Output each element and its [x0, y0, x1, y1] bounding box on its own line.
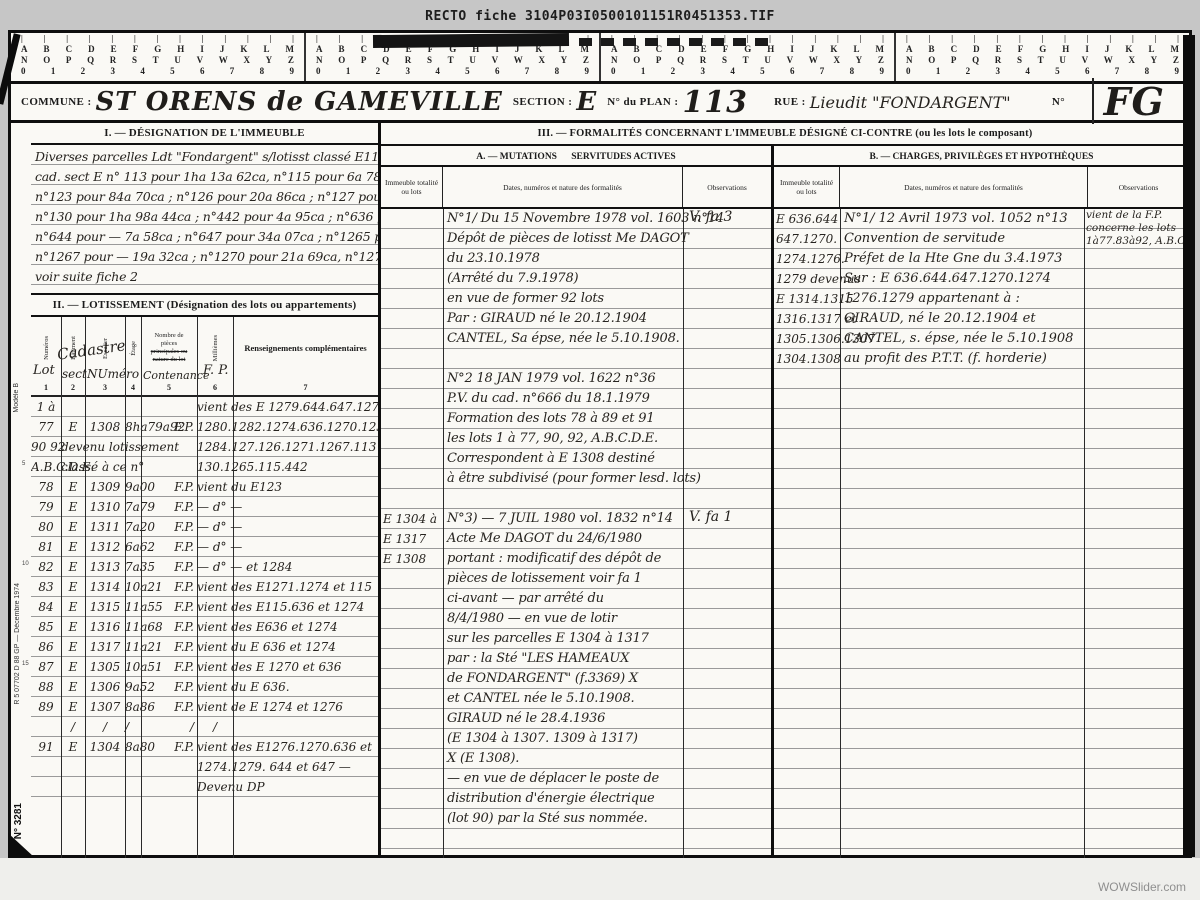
table-cell: vient des E1276.1270.636 et: [197, 737, 233, 757]
charges-title: B. — CHARGES, PRIVILÈGES ET HYPOTHÈQUES: [774, 146, 1189, 165]
table-cell: vient de E 1274 et 1276: [197, 697, 233, 717]
index-char: W: [219, 55, 228, 66]
mutation-entry: N°3) — 7 JUIL 1980 vol. 1832 n°14Acte Me…: [447, 509, 724, 829]
index-char: 0: [21, 66, 26, 77]
mutation-line: P.V. du cad. n°666 du 18.1.1979: [447, 389, 724, 409]
index-char: J: [1105, 44, 1110, 55]
table-cell: 1304: [85, 737, 125, 757]
index-char-row: ABCDEFGHIJKLM: [906, 44, 1179, 55]
table-cell: — d° —: [197, 497, 233, 517]
index-char: M: [875, 44, 884, 55]
table-cell: F.P.: [141, 637, 197, 657]
table-cell: [85, 437, 125, 457]
mutation-line: du 23.10.1978: [447, 249, 724, 269]
table-cell: 1309: [85, 477, 125, 497]
index-char: 4: [435, 66, 440, 77]
index-char-row: 0123456789: [906, 66, 1179, 77]
table-cell: 1305: [85, 657, 125, 677]
index-char: K: [830, 44, 837, 55]
designation-line: n°1267 pour — 19a 32ca ; n°1270 pour 21a…: [35, 247, 374, 267]
left-margin: Modèle B R 5 07702 D 88 GP — Décembre 19…: [11, 123, 31, 862]
handwritten-header-col1: Lot: [33, 363, 55, 378]
mutation-line: pièces de lotissement voir fa 1: [447, 569, 724, 589]
tick-mark: |: [1064, 34, 1066, 44]
index-char: V: [1082, 55, 1089, 66]
table-cell: vient du E 636 et 1274: [197, 637, 233, 657]
table-cell: 81: [31, 537, 61, 557]
mutation-line: N°2 18 JAN 1979 vol. 1622 n°36: [447, 369, 724, 389]
table-cell: E: [61, 537, 85, 557]
tick-mark: |: [792, 34, 794, 44]
table-cell: 1306: [85, 677, 125, 697]
column5-line: principales ou: [151, 348, 188, 356]
index-char-row: 0123456789: [316, 66, 589, 77]
table-cell: 9a00: [125, 477, 141, 497]
handwritten-header-col6: F. P.: [203, 363, 229, 378]
index-char: B: [929, 44, 935, 55]
index-char: D: [973, 44, 980, 55]
table-cell: [31, 757, 61, 777]
lotissement-header: Numéros1Bâtiment2Escalier3Étage4Nombre d…: [31, 317, 378, 397]
table-cell: 84: [31, 597, 61, 617]
designation-line: Diverses parcelles Ldt "Fondargent" s/lo…: [35, 147, 374, 167]
table-cell: [141, 777, 197, 797]
mutation-line: N°3) — 7 JUIL 1980 vol. 1832 n°14: [447, 509, 724, 529]
mutation-line: à être subdivisé (pour former lesd. lots…: [447, 469, 724, 489]
formalites-column-header: Immeuble totalité ou lots: [774, 167, 840, 207]
tick-mark: |: [951, 34, 953, 44]
charges-observation-line: concerne les lots: [1086, 222, 1189, 235]
index-char: U: [764, 55, 771, 66]
handwritten-header-col2: sect: [62, 367, 87, 381]
plan-label: N° du PLAN :: [607, 96, 678, 108]
table-cell: F.P.: [141, 537, 197, 557]
column-divider: [61, 317, 62, 862]
table-row: 85E131611a68F.P.vient des E636 et 1274: [31, 617, 378, 637]
designation-text: Diverses parcelles Ldt "Fondargent" s/lo…: [31, 145, 378, 293]
index-char: P: [951, 55, 957, 66]
index-char: 9: [289, 66, 294, 77]
section-label: SECTION :: [513, 96, 573, 108]
table-cell: 8ha79a92: [125, 417, 141, 437]
table-cell: 1311: [85, 517, 125, 537]
index-char: H: [1062, 44, 1069, 55]
section1-title: I. — DÉSIGNATION DE L'IMMEUBLE: [31, 123, 378, 145]
mutations-entries: N°1/ Du 15 Novembre 1978 vol. 1603 n°14D…: [447, 209, 724, 849]
column5-line: nature du lot: [151, 356, 188, 364]
charges-formalites-line: GIRAUD, né le 20.12.1904 et: [844, 309, 1073, 329]
charges-formalites-line: N°1/ 12 Avril 1973 vol. 1052 n°13: [844, 209, 1073, 229]
tick-mark: |: [1155, 34, 1157, 44]
mutation-entry: N°1/ Du 15 Novembre 1978 vol. 1603 n°14D…: [447, 209, 724, 349]
table-cell: 10a51: [125, 657, 141, 677]
index-char: T: [153, 55, 159, 66]
table-cell: [61, 777, 85, 797]
tick-mark: |: [270, 34, 272, 44]
table-row: 86E131711a21F.P.vient du E 636 et 1274: [31, 637, 378, 657]
index-char: 7: [820, 66, 825, 77]
mutation-entry: N°2 18 JAN 1979 vol. 1622 n°36P.V. du ca…: [447, 369, 724, 489]
table-cell: 7a20: [125, 517, 141, 537]
tick-mark: |: [906, 34, 908, 44]
table-cell: E: [61, 697, 85, 717]
table-cell: 1274.1279. 644 et 647 —: [197, 757, 233, 777]
index-char: W: [1104, 55, 1113, 66]
index-char: A: [21, 44, 28, 55]
column-number: 4: [125, 379, 141, 395]
table-cell: E: [61, 597, 85, 617]
handwritten-header-col5: Contenance: [143, 369, 209, 382]
table-cell: E: [61, 557, 85, 577]
column5-printed-lines: Nombre depiècesprincipales ounature du l…: [151, 332, 188, 364]
index-char: N: [316, 55, 323, 66]
sheet-number: N° 3281: [13, 803, 24, 839]
table-cell: 83: [31, 577, 61, 597]
mutation-line: Par : GIRAUD né le 20.12.1904: [447, 309, 724, 329]
table-cell: vient des E1271.1274 et 115: [197, 577, 233, 597]
table-cell: [31, 717, 61, 737]
index-char: R: [995, 55, 1002, 66]
table-row: 84E131511a55F.P.vient des E115.636 et 12…: [31, 597, 378, 617]
table-cell: [61, 397, 85, 417]
table-cell: 8a80: [125, 737, 141, 757]
table-cell: devenu lotissement: [61, 437, 85, 457]
index-char: S: [722, 55, 727, 66]
index-char: R: [700, 55, 707, 66]
table-cell: [125, 397, 141, 417]
index-char: Z: [1173, 55, 1179, 66]
index-char: 8: [850, 66, 855, 77]
charges-formalites: N°1/ 12 Avril 1973 vol. 1052 n°13Convent…: [844, 209, 1073, 369]
index-char: 8: [1145, 66, 1150, 77]
index-char: 9: [879, 66, 884, 77]
table-cell: E: [61, 617, 85, 637]
index-char: K: [240, 44, 247, 55]
column-number: 3: [85, 379, 125, 395]
index-char: 6: [1085, 66, 1090, 77]
charges-observations: vient de la F.P.concerne les lots1à77.83…: [1086, 209, 1189, 248]
table-cell: [85, 757, 125, 777]
section3-title: III. — FORMALITÉS CONCERNANT L'IMMEUBLE …: [381, 123, 1189, 146]
index-char: S: [132, 55, 137, 66]
printed-column-label: Millièmes: [212, 335, 219, 361]
column-divider: [141, 317, 142, 862]
index-char: U: [1059, 55, 1066, 66]
tick-mark: |: [361, 34, 363, 44]
index-char: 2: [376, 66, 381, 77]
column-divider: [233, 317, 234, 862]
tick-mark: |: [929, 34, 931, 44]
mutations-body: N°1/ Du 15 Novembre 1978 vol. 1603 n°14D…: [381, 209, 771, 862]
table-cell: [141, 457, 197, 477]
column-divider: [197, 317, 198, 862]
table-cell: vient des E 1270 et 636: [197, 657, 233, 677]
tick-mark: |: [44, 34, 46, 44]
table-row: A.B.C.D.E.classé à ce n°130.1265.115.442: [31, 457, 378, 477]
index-char: 9: [584, 66, 589, 77]
index-char-row: NOPQRSTUVWXYZ: [21, 55, 294, 66]
index-char: Q: [87, 55, 94, 66]
index-char: 1: [936, 66, 941, 77]
table-cell: F.P.: [141, 417, 197, 437]
index-char: 4: [1025, 66, 1030, 77]
scan-filename: RECTO fiche 3104P03I0500101151R0451353.T…: [0, 9, 1200, 24]
table-cell: E: [61, 497, 85, 517]
watermark: WOWSlider.com: [1098, 880, 1186, 894]
index-tick-row: |||||||||||||: [21, 34, 294, 44]
index-char: I: [200, 44, 204, 55]
title-bar: COMMUNE : ST ORENS de GAMEVILLE SECTION …: [11, 84, 1189, 123]
index-char: 7: [230, 66, 235, 77]
index-char-row: NOPQRSTUVWXYZ: [316, 55, 589, 66]
numero-label: N°: [1052, 96, 1065, 108]
index-char-row: ABCDEFGHIJKLM: [21, 44, 294, 55]
index-char: G: [1039, 44, 1046, 55]
index-char: L: [1148, 44, 1154, 55]
table-cell: 1312: [85, 537, 125, 557]
index-char: F: [133, 44, 139, 55]
table-cell: [61, 757, 85, 777]
designation-line: voir suite fiche 2: [35, 267, 374, 287]
table-cell: 80: [31, 517, 61, 537]
formalites-column-header: Dates, numéros et nature des formalités: [840, 167, 1088, 207]
table-row: 81E13126a62F.P.— d° —: [31, 537, 378, 557]
tick-mark: |: [66, 34, 68, 44]
printed-column-header: Renseignements complémentaires: [233, 317, 378, 379]
index-char: 5: [760, 66, 765, 77]
index-char: T: [448, 55, 454, 66]
tick-mark: |: [1042, 34, 1044, 44]
index-char: 8: [555, 66, 560, 77]
index-char: 9: [1174, 66, 1179, 77]
index-char: O: [43, 55, 50, 66]
index-char: 3: [995, 66, 1000, 77]
index-char: I: [790, 44, 794, 55]
table-row: 89E13078a86F.P.vient de E 1274 et 1276: [31, 697, 378, 717]
index-char: S: [1017, 55, 1022, 66]
table-cell: 90 92: [31, 437, 61, 457]
column-divider: [1084, 209, 1085, 862]
index-char: B: [339, 44, 345, 55]
index-char: O: [338, 55, 345, 66]
mutation-line: (lot 90) par la Sté sus nommée.: [447, 809, 724, 829]
table-cell: 8a86: [125, 697, 141, 717]
index-char: 7: [525, 66, 530, 77]
formalites-column-header: Observations: [683, 167, 771, 207]
table-cell: — d° —: [197, 517, 233, 537]
tick-mark: |: [21, 34, 23, 44]
table-row: 87E130510a51F.P.vient des E 1270 et 636: [31, 657, 378, 677]
index-char: P: [66, 55, 72, 66]
mutation-line: par : la Sté "LES HAMEAUX: [447, 649, 724, 669]
table-row: 88E13069a52F.P.vient du E 636.: [31, 677, 378, 697]
mutation-line: 8/4/1980 — en vue de lotir: [447, 609, 724, 629]
printed-column-label: Numéros: [43, 336, 50, 360]
ink-smudge: [579, 38, 775, 46]
scan-edge-bar: [1183, 35, 1195, 857]
mutation-line: (E 1304 à 1307. 1309 à 1317): [447, 729, 724, 749]
index-char: 4: [730, 66, 735, 77]
index-char: E: [111, 44, 117, 55]
index-char: 5: [170, 66, 175, 77]
mutation-line: et CANTEL née le 5.10.1908.: [447, 689, 724, 709]
formalites-column-header: Dates, numéros et nature des formalités: [443, 167, 683, 207]
tick-mark: |: [111, 34, 113, 44]
table-row: 83E131410a21F.P.vient des E1271.1274 et …: [31, 577, 378, 597]
table-cell: 7a35: [125, 557, 141, 577]
index-char: V: [492, 55, 499, 66]
index-char: U: [174, 55, 181, 66]
table-cell: [85, 777, 125, 797]
designation-line: n°130 pour 1ha 98a 44ca ; n°442 pour 4a …: [35, 207, 374, 227]
table-cell: 11a68: [125, 617, 141, 637]
tick-mark: |: [292, 34, 294, 44]
table-cell: 1314: [85, 577, 125, 597]
tick-mark: |: [179, 34, 181, 44]
immeuble-line: E 1308: [383, 549, 437, 569]
index-char: 2: [671, 66, 676, 77]
index-char: 0: [316, 66, 321, 77]
table-cell: 1284.127.126.1271.1267.113: [197, 437, 233, 457]
tick-mark: |: [974, 34, 976, 44]
table-cell: [85, 397, 125, 417]
index-char: Q: [677, 55, 684, 66]
index-char: A: [906, 44, 913, 55]
charges-formalites-line: Convention de servitude: [844, 229, 1073, 249]
index-char: A: [316, 44, 323, 55]
column-divider: [85, 317, 86, 862]
table-cell: F.P.: [141, 497, 197, 517]
index-char: Q: [972, 55, 979, 66]
designation-panel: I. — DÉSIGNATION DE L'IMMEUBLE Diverses …: [31, 123, 381, 862]
table-row: /////: [31, 717, 378, 737]
table-cell: [85, 457, 125, 477]
column-number: 2: [61, 379, 85, 395]
index-char: 3: [700, 66, 705, 77]
index-char: Z: [583, 55, 589, 66]
index-char: G: [154, 44, 161, 55]
index-char: X: [833, 55, 840, 66]
table-cell: E: [61, 417, 85, 437]
section2-title: II. — LOTISSEMENT (Désignation des lots …: [31, 293, 378, 317]
mutation-line: Formation des lots 78 à 89 et 91: [447, 409, 724, 429]
table-cell: Devenu DP: [197, 777, 233, 797]
index-char: 3: [405, 66, 410, 77]
index-char: 5: [1055, 66, 1060, 77]
table-cell: 130.1265.115.442: [197, 457, 233, 477]
table-cell: — d° — et 1284: [197, 557, 233, 577]
rue-value: Lieudit "FONDARGENT": [810, 93, 1011, 112]
table-cell: /: [85, 717, 125, 737]
index-char: 2: [966, 66, 971, 77]
table-cell: vient des E636 et 1274: [197, 617, 233, 637]
tick-mark: |: [247, 34, 249, 44]
mutation-line: X (E 1308).: [447, 749, 724, 769]
index-char: Y: [1151, 55, 1158, 66]
tick-mark: |: [1109, 34, 1111, 44]
table-cell: E: [61, 737, 85, 757]
index-strip-group: |||||||||||||ABCDEFGHIJKLMNOPQRSTUVWXYZ0…: [896, 33, 1189, 81]
charges-observation-line: vient de la F.P.: [1086, 209, 1189, 222]
index-char: S: [427, 55, 432, 66]
table-cell: vient du E 636.: [197, 677, 233, 697]
table-cell: 1316: [85, 617, 125, 637]
commune-value: ST ORENS de GAMEVILLE: [96, 87, 503, 117]
table-cell: vient des E 1279.644.647.1276: [197, 397, 233, 417]
table-cell: 85: [31, 617, 61, 637]
table-cell: F.P.: [141, 677, 197, 697]
tick-mark: |: [1087, 34, 1089, 44]
table-cell: 1315: [85, 597, 125, 617]
scan-bottom-margin: [0, 858, 1200, 900]
row-mark: 15: [22, 661, 29, 667]
mutation-line: Acte Me DAGOT du 24/6/1980: [447, 529, 724, 549]
table-cell: /: [141, 717, 197, 737]
mutation-line: N°1/ Du 15 Novembre 1978 vol. 1603 n°14: [447, 209, 724, 229]
tick-mark: |: [814, 34, 816, 44]
table-cell: [125, 777, 141, 797]
index-char: P: [361, 55, 367, 66]
index-char: J: [220, 44, 225, 55]
table-cell: F.P.: [141, 657, 197, 677]
table-cell: 1313: [85, 557, 125, 577]
index-char: U: [469, 55, 476, 66]
mutation-line: portant : modificatif des dépôt de: [447, 549, 724, 569]
table-cell: [141, 437, 197, 457]
index-char: N: [611, 55, 618, 66]
tick-mark: |: [837, 34, 839, 44]
table-row: 90 92devenu lotissement1284.127.126.1271…: [31, 437, 378, 457]
table-cell: [125, 437, 141, 457]
mutations-column-headers: Immeuble totalité ou lotsDates, numéros …: [381, 165, 771, 209]
index-char: B: [44, 44, 50, 55]
tick-mark: |: [89, 34, 91, 44]
formalites-column-header: Observations: [1088, 167, 1189, 207]
mutation-line: Dépôt de pièces de lotisst Me DAGOT: [447, 229, 724, 249]
index-char: L: [853, 44, 859, 55]
tick-mark: |: [996, 34, 998, 44]
column-divider: [125, 317, 126, 862]
index-char: Y: [266, 55, 273, 66]
table-row: 79E13107a79F.P.— d° —: [31, 497, 378, 517]
index-char-row: NOPQRSTUVWXYZ: [611, 55, 884, 66]
charges-formalites-line: CANTEL, s. épse, née le 5.10.1908: [844, 329, 1073, 349]
designation-line: n°644 pour — 7a 58ca ; n°647 pour 34a 07…: [35, 227, 374, 247]
index-tick-row: |||||||||||||: [906, 34, 1179, 44]
index-char: 0: [906, 66, 911, 77]
tick-mark: |: [1132, 34, 1134, 44]
index-char: 8: [260, 66, 265, 77]
index-char: X: [538, 55, 545, 66]
table-cell: F.P.: [141, 557, 197, 577]
column-divider: [443, 209, 444, 862]
table-cell: F.P.: [141, 737, 197, 757]
table-cell: 91: [31, 737, 61, 757]
table-cell: /: [197, 717, 233, 737]
rue-label: RUE :: [774, 96, 806, 108]
lotissement-body: 1 àvient des E 1279.644.647.127677E13088…: [31, 397, 378, 797]
numero-value: FG: [1092, 78, 1175, 124]
index-char: W: [809, 55, 818, 66]
index-char-row: 0123456789: [21, 66, 294, 77]
main-area: Modèle B R 5 07702 D 88 GP — Décembre 19…: [11, 123, 1189, 862]
table-cell: A.B.C.D.E.: [31, 457, 61, 477]
tick-mark: |: [316, 34, 318, 44]
index-char: N: [906, 55, 913, 66]
column-number: 7: [233, 379, 378, 395]
mutations-panel: A. — MUTATIONS SERVITUDES ACTIVES Immeub…: [381, 146, 774, 862]
index-char: M: [1170, 44, 1179, 55]
